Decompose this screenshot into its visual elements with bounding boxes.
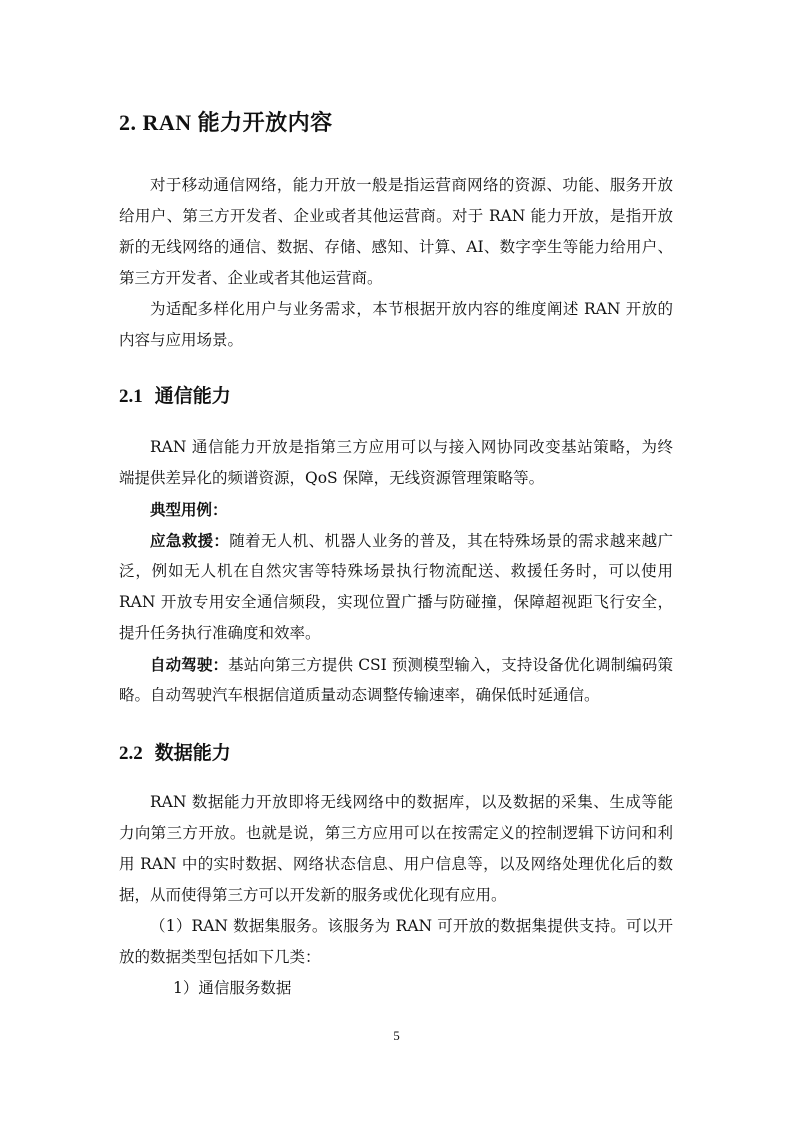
section-heading-2-2: 2.2数据能力 (119, 738, 231, 765)
case-autonomous-driving: 自动驾驶：基站向第三方提供 CSI 预测模型输入，支持设备优化调制编码策 略。自… (119, 649, 673, 711)
text-line: RAN 数据能力开放即将无线网络中的数据库，以及数据的采集、生成等能 (119, 787, 673, 818)
text-line: 放的数据类型包括如下几类： (119, 942, 673, 973)
text-line: 给用户、第三方开发者、企业或者其他运营商。对于 RAN 能力开放，是指开放 (119, 201, 673, 232)
section-number: 2.2 (119, 743, 143, 764)
section-2-2-paragraph-1: RAN 数据能力开放即将无线网络中的数据库，以及数据的采集、生成等能 力向第三方… (119, 787, 673, 911)
text-line: 自动驾驶：基站向第三方提供 CSI 预测模型输入，支持设备优化调制编码策 (119, 649, 673, 680)
intro-paragraph-1: 对于移动通信网络，能力开放一般是指运营商网络的资源、功能、服务开放 给用户、第三… (119, 170, 673, 294)
text-line: RAN 通信能力开放是指第三方应用可以与接入网协同改变基站策略，为终 (119, 432, 673, 463)
text-line: 第三方开发者、企业或者其他运营商。 (119, 263, 673, 294)
text-line: 新的无线网络的通信、数据、存储、感知、计算、AI、数字孪生等能力给用户、 (119, 232, 673, 263)
text-line: 提升任务执行准确度和效率。 (119, 618, 673, 649)
text-line: 据，从而使得第三方可以开发新的服务或优化现有应用。 (119, 880, 673, 911)
text-line: 泛，例如无人机在自然灾害等特殊场景执行物流配送、救援任务时，可以使用 (119, 556, 673, 587)
section-number: 2.1 (119, 386, 143, 407)
case-label: 自动驾驶： (150, 655, 228, 674)
case-emergency-rescue: 应急救援：随着无人机、机器人业务的普及，其在特殊场景的需求越来越广 泛，例如无人… (119, 525, 673, 649)
text-line: 端提供差异化的频谱资源，QoS 保障，无线资源管理策略等。 (119, 463, 673, 494)
text-line: 对于移动通信网络，能力开放一般是指运营商网络的资源、功能、服务开放 (119, 170, 673, 201)
section-2-1-paragraph: RAN 通信能力开放是指第三方应用可以与接入网协同改变基站策略，为终 端提供差异… (119, 432, 673, 525)
text-line: （1）RAN 数据集服务。该服务为 RAN 可开放的数据集提供支持。可以开 (119, 911, 673, 942)
intro-paragraph-2: 为适配多样化用户与业务需求，本节根据开放内容的维度阐述 RAN 开放的 内容与应… (119, 294, 673, 356)
text-line: 为适配多样化用户与业务需求，本节根据开放内容的维度阐述 RAN 开放的 (119, 294, 673, 325)
text-line: 力向第三方开放。也就是说，第三方应用可以在按需定义的控制逻辑下访问和利 (119, 818, 673, 849)
section-heading-2-1: 2.1通信能力 (119, 381, 231, 408)
section-2-2-paragraph-2: （1）RAN 数据集服务。该服务为 RAN 可开放的数据集提供支持。可以开 放的… (119, 911, 673, 1004)
typical-cases-label: 典型用例： (119, 494, 673, 525)
chapter-title: RAN 能力开放内容 (143, 110, 333, 135)
text-line: 内容与应用场景。 (119, 325, 673, 356)
case-label: 应急救援： (150, 531, 229, 550)
list-item: 1）通信服务数据 (119, 973, 673, 1004)
section-title: 数据能力 (155, 743, 231, 764)
text-line: 应急救援：随着无人机、机器人业务的普及，其在特殊场景的需求越来越广 (119, 525, 673, 556)
text-line: 用 RAN 中的实时数据、网络状态信息、用户信息等，以及网络处理优化后的数 (119, 849, 673, 880)
chapter-number: 2. (119, 110, 137, 135)
text-line: RAN 开放专用安全通信频段，实现位置广播与防碰撞，保障超视距飞行安全， (119, 587, 673, 618)
document-page: 2. RAN 能力开放内容 对于移动通信网络，能力开放一般是指运营商网络的资源、… (0, 0, 793, 1122)
page-number: 5 (0, 1028, 793, 1044)
chapter-heading: 2. RAN 能力开放内容 (119, 106, 333, 137)
section-title: 通信能力 (155, 386, 231, 407)
text-line: 略。自动驾驶汽车根据信道质量动态调整传输速率，确保低时延通信。 (119, 680, 673, 711)
